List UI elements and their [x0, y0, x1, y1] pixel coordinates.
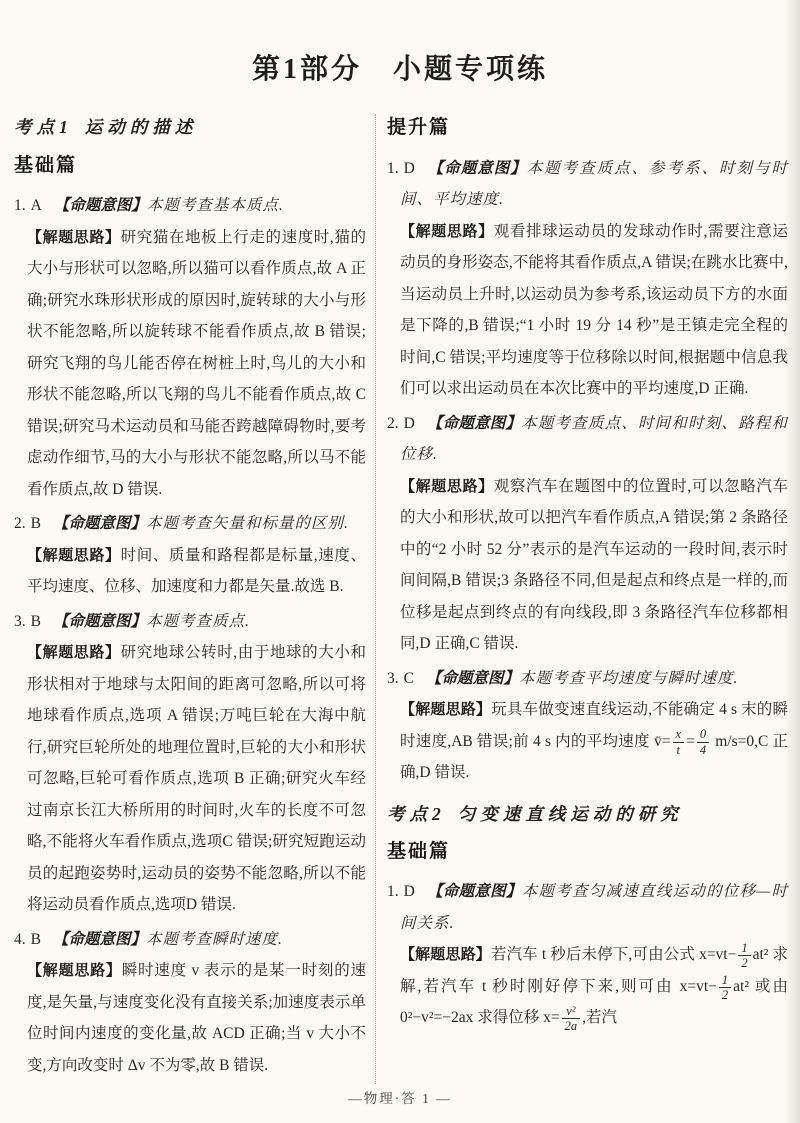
answer-letter: D: [404, 415, 415, 432]
scanned-answer-page: 第1部分 小题专项练 考点1运动的描述 基础篇 1.A【命题意图】本题考查基本质…: [0, 0, 800, 1123]
solution-paragraph: 【解题思路】观察汽车在题图中的位置时,可以忽略汽车的大小和形状,故可以把汽车看作…: [400, 471, 788, 660]
answer-letter: D: [404, 160, 415, 177]
fraction: 12: [738, 941, 750, 971]
solution-tag: 【解题思路】: [400, 223, 494, 240]
fraction-denominator: 2: [719, 988, 731, 1002]
fraction-numerator: 1: [738, 941, 750, 956]
section-label: 考点1: [14, 117, 73, 137]
page-title: 第1部分 小题专项练: [0, 0, 800, 88]
item-number: 1.: [387, 883, 399, 900]
answer-item-adv-1: 1.D【命题意图】本题考查质点、参考系、时刻与时间、平均速度. 【解题思路】观看…: [387, 153, 788, 405]
solution-tag: 【解题思路】: [27, 547, 121, 564]
fraction: 12: [719, 973, 731, 1003]
answer-item-adv-3: 3.C【命题意图】本题考查平均速度与瞬时速度. 【解题思路】玩具车做变速直线运动…: [387, 663, 788, 789]
intent-tag: 【命题意图】: [53, 515, 146, 532]
intent-tag: 【命题意图】: [427, 883, 522, 900]
item-head: 3.C【命题意图】本题考查平均速度与瞬时速度.: [400, 663, 788, 695]
item-head: 1.D【命题意图】本题考查质点、参考系、时刻与时间、平均速度.: [400, 153, 788, 216]
answer-item-3: 3.B【命题意图】本题考查质点. 【解题思路】研究地球公转时,由于地球的大小和形…: [14, 606, 366, 921]
item-head: 2.B【命题意图】本题考查矢量和标量的区别.: [27, 508, 366, 540]
solution-tag: 【解题思路】: [27, 644, 121, 661]
solution-paragraph: 【解题思路】时间、质量和路程都是标量,速度、平均速度、位移、加速度和力都是矢量.…: [27, 540, 366, 603]
solution-text: 观察汽车在题图中的位置时,可以忽略汽车的大小和形状,故可以把汽车看作质点,A 错…: [400, 478, 788, 653]
answer-letter: B: [31, 931, 41, 948]
fraction: xt: [673, 727, 685, 757]
item-number: 2.: [387, 415, 399, 432]
solution-tag: 【解题思路】: [400, 478, 494, 495]
solution-tag: 【解题思路】: [27, 962, 122, 979]
item-number: 2.: [14, 515, 26, 532]
subsection-basic: 基础篇: [14, 150, 366, 182]
answer-letter: C: [404, 670, 414, 687]
solution-tag: 【解题思路】: [400, 701, 491, 718]
item-number: 3.: [387, 670, 399, 687]
solution-paragraph: 【解题思路】研究地球公转时,由于地球的大小和形状相对于地球与太阳间的距离可忽略,…: [27, 637, 366, 921]
answer-item-k2-1: 1.D【命题意图】本题考查匀减速直线运动的位移—时间关系. 【解题思路】若汽车 …: [387, 876, 788, 1034]
answer-letter: D: [404, 883, 415, 900]
answer-letter: B: [31, 613, 41, 630]
answer-item-1: 1.A【命题意图】本题考查基本质点. 【解题思路】研究猫在地板上行走的速度时,猫…: [14, 190, 366, 505]
answer-item-adv-2: 2.D【命题意图】本题考查质点、时间和时刻、路程和位移. 【解题思路】观察汽车在…: [387, 408, 788, 660]
item-number: 4.: [14, 931, 26, 948]
answer-item-4: 4.B【命题意图】本题考查瞬时速度. 【解题思路】瞬时速度 v 表示的是某一时刻…: [14, 924, 366, 1082]
solution-text: =: [686, 733, 695, 750]
item-head: 2.D【命题意图】本题考查质点、时间和时刻、路程和位移.: [400, 408, 788, 471]
section-title: 匀变速直线运动的研究: [458, 804, 683, 824]
section-heading-kaodian-1: 考点1运动的描述: [14, 112, 366, 144]
fraction-denominator: 2: [738, 956, 750, 970]
fraction-numerator: v²: [562, 1004, 581, 1019]
section-label: 考点2: [387, 804, 446, 824]
intent-text: 本题考查质点.: [146, 613, 250, 630]
two-column-layout: 考点1运动的描述 基础篇 1.A【命题意图】本题考查基本质点. 【解题思路】研究…: [0, 88, 800, 1084]
fraction: v²2a: [562, 1004, 581, 1034]
solution-text: 观看排球运动员的发球动作时,需要注意运动员的身形姿态,不能将其看作质点,A 错误…: [400, 223, 788, 398]
fraction-denominator: 4: [697, 743, 709, 757]
fraction-numerator: 0: [697, 727, 709, 742]
answer-letter: A: [31, 197, 42, 214]
intent-text: 本题考查基本质点.: [147, 197, 284, 214]
solution-tag: 【解题思路】: [400, 946, 491, 963]
left-column: 考点1运动的描述 基础篇 1.A【命题意图】本题考查基本质点. 【解题思路】研究…: [14, 112, 366, 1084]
intent-tag: 【命题意图】: [426, 670, 519, 687]
solution-paragraph: 【解题思路】瞬时速度 v 表示的是某一时刻的速度,是矢量,与速度变化没有直接关系…: [27, 955, 366, 1081]
subsection-advanced: 提升篇: [387, 112, 788, 144]
item-head: 1.A【命题意图】本题考查基本质点.: [27, 190, 366, 222]
answer-item-2: 2.B【命题意图】本题考查矢量和标量的区别. 【解题思路】时间、质量和路程都是标…: [14, 508, 366, 603]
subsection-basic-2: 基础篇: [387, 836, 788, 868]
section-heading-kaodian-2: 考点2匀变速直线运动的研究: [387, 799, 788, 831]
solution-text: ,若汽: [582, 1009, 617, 1026]
solution-paragraph: 【解题思路】研究猫在地板上行走的速度时,猫的大小与形状可以忽略,所以猫可以看作质…: [27, 222, 366, 506]
intent-text: 本题考查平均速度与瞬时速度.: [519, 670, 738, 687]
fraction: 04: [697, 727, 709, 757]
answer-letter: B: [31, 515, 41, 532]
item-number: 3.: [14, 613, 26, 630]
solution-text: 若汽车 t 秒后未停下,可由公式 x=vt−: [491, 946, 736, 963]
intent-tag: 【命题意图】: [54, 197, 147, 214]
fraction-numerator: 1: [719, 973, 731, 988]
solution-text: 研究地球公转时,由于地球的大小和形状相对于地球与太阳间的距离可忽略,所以可将地球…: [27, 644, 366, 913]
page-footer: —物理·答 1 —: [0, 1090, 800, 1109]
item-number: 1.: [14, 197, 26, 214]
solution-tag: 【解题思路】: [27, 229, 121, 246]
intent-tag: 【命题意图】: [53, 931, 146, 948]
item-head: 1.D【命题意图】本题考查匀减速直线运动的位移—时间关系.: [400, 876, 788, 939]
intent-tag: 【命题意图】: [427, 160, 527, 177]
intent-text: 本题考查瞬时速度.: [146, 931, 283, 948]
intent-text: 本题考查矢量和标量的区别.: [146, 515, 349, 532]
item-head: 4.B【命题意图】本题考查瞬时速度.: [27, 924, 366, 956]
item-head: 3.B【命题意图】本题考查质点.: [27, 606, 366, 638]
right-column: 提升篇 1.D【命题意图】本题考查质点、参考系、时刻与时间、平均速度. 【解题思…: [387, 112, 788, 1084]
intent-tag: 【命题意图】: [427, 415, 521, 432]
fraction-denominator: t: [673, 743, 685, 757]
solution-paragraph: 【解题思路】观看排球运动员的发球动作时,需要注意运动员的身形姿态,不能将其看作质…: [400, 216, 788, 405]
fraction-numerator: x: [673, 727, 685, 742]
solution-paragraph: 【解题思路】若汽车 t 秒后未停下,可由公式 x=vt−12at² 求解,若汽车…: [400, 939, 788, 1034]
fraction-denominator: 2a: [562, 1019, 581, 1033]
solution-paragraph: 【解题思路】玩具车做变速直线运动,不能确定 4 s 末的瞬时速度,AB 错误;前…: [400, 694, 788, 789]
intent-tag: 【命题意图】: [53, 613, 146, 630]
column-divider: [375, 114, 376, 1084]
item-number: 1.: [387, 160, 399, 177]
section-title: 运动的描述: [85, 117, 198, 137]
solution-text: 研究猫在地板上行走的速度时,猫的大小与形状可以忽略,所以猫可以看作质点,故 A …: [27, 229, 366, 498]
